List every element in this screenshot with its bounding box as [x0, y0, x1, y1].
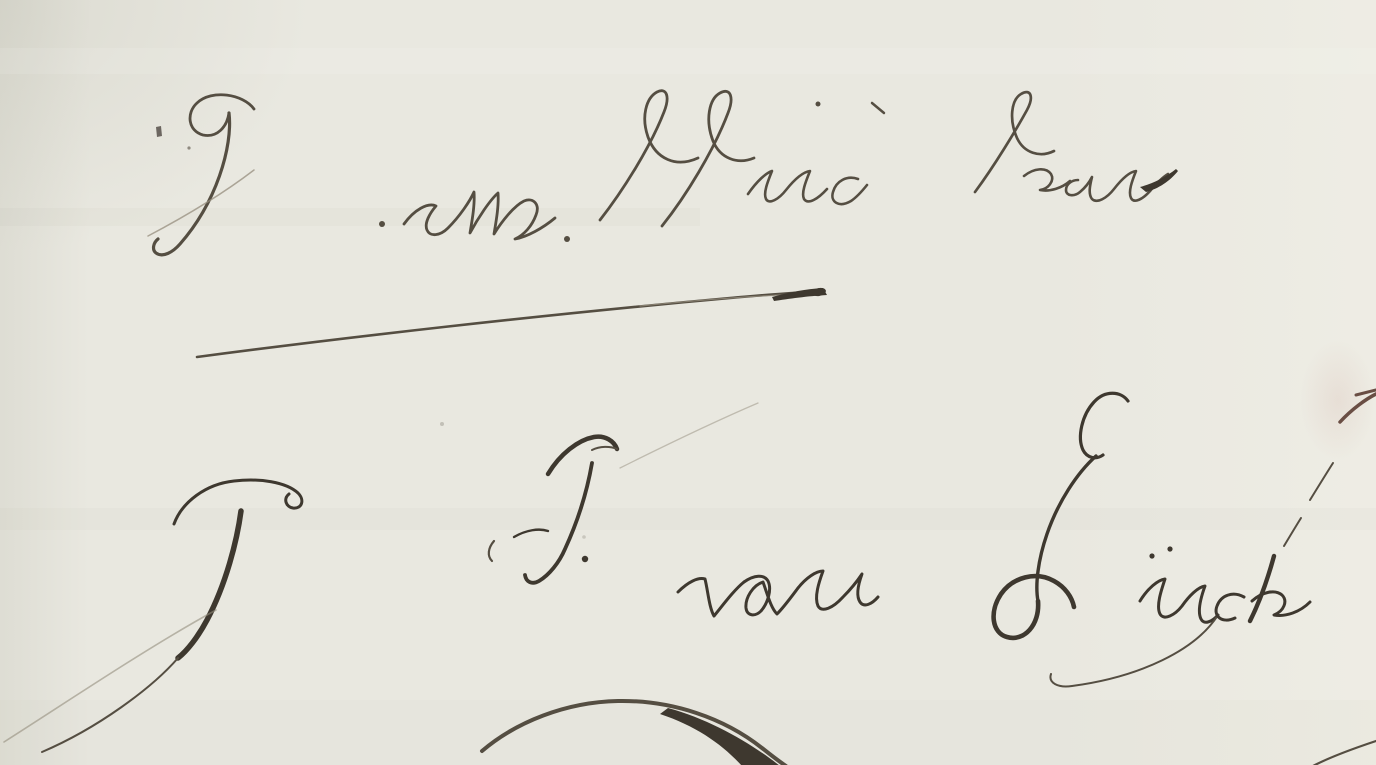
speck-4: [582, 535, 586, 539]
manuscript-artwork: [0, 0, 1376, 765]
ij-dot-2: [1167, 546, 1172, 551]
ij-dot-1: [1149, 553, 1154, 558]
i-dot: [816, 102, 821, 107]
speck-3: [440, 422, 444, 426]
speck-1: [156, 126, 162, 137]
paper-texture: [0, 0, 1376, 765]
speck-2: [187, 146, 190, 149]
manuscript-scan: J. M. Hinckens J. F. van Eijck (top of a…: [0, 0, 1376, 765]
period-after-j1: [379, 221, 385, 227]
period-after-m: [564, 236, 570, 242]
period-after-f: [582, 556, 588, 562]
